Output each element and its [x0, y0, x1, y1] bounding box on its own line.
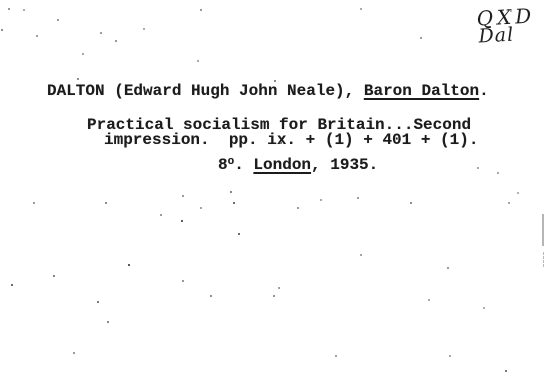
format-number: 8 [218, 156, 228, 174]
library-catalog-card: QXD Dal DALTON (Edward Hugh John Neale),… [0, 0, 550, 374]
scan-noise-specks [0, 0, 2, 2]
imprint-place-underlined: London [253, 156, 311, 174]
imprint-separator: . [234, 156, 253, 174]
author-heading-line: DALTON (Edward Hugh John Neale), Baron D… [47, 84, 489, 99]
scan-artifact-dashes [543, 252, 544, 267]
author-title-underlined: Baron Dalton [364, 82, 479, 100]
handwritten-shelfmark: QXD Dal [476, 4, 537, 46]
title-line-2-collation: impression. pp. ix. + (1) + 401 + (1). [104, 133, 478, 148]
heading-period: . [479, 82, 489, 100]
author-name-text: DALTON (Edward Hugh John Neale), [47, 82, 364, 100]
imprint-year: , 1935. [311, 156, 378, 174]
scan-artifact-line [542, 214, 544, 246]
imprint-line: 8o. London, 1935. [218, 158, 378, 173]
